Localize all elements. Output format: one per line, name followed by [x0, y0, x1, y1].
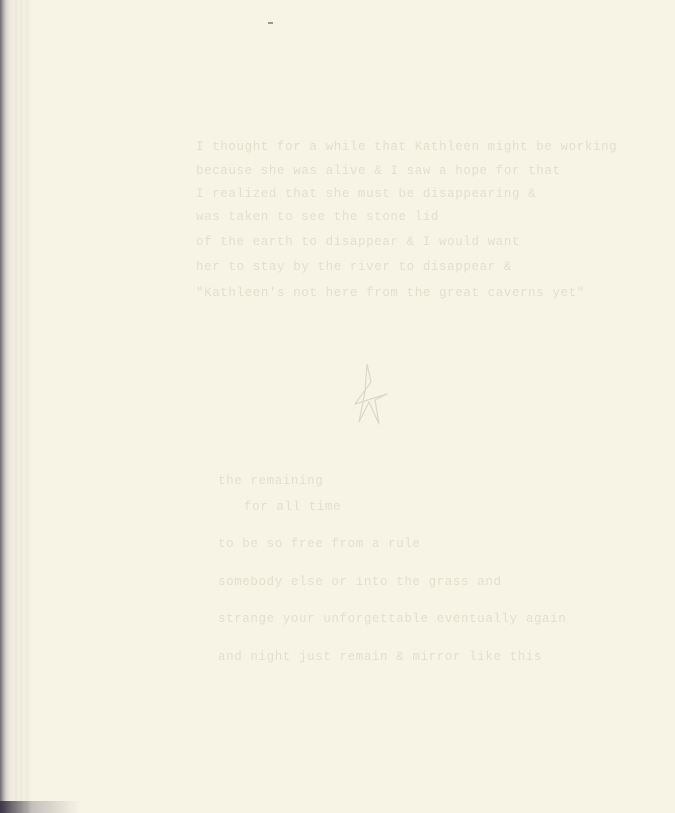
verse-1-line: of the earth to disappear & I would want: [196, 235, 520, 249]
verse-2-line: to be so free from a rule: [218, 537, 421, 551]
verse-1-line: "Kathleen's not here from the great cave…: [196, 286, 585, 300]
verse-2-line: strange your unforgettable eventually ag…: [218, 612, 566, 626]
verse-1-line: because she was alive & I saw a hope for…: [196, 164, 561, 178]
verse-2-line: the remaining: [218, 474, 323, 488]
verse-1-line: I thought for a while that Kathleen migh…: [196, 140, 617, 154]
verse-2-line: and night just remain & mirror like this: [218, 650, 542, 664]
verse-1-line: was taken to see the stone lid: [196, 210, 439, 224]
page-edges: [0, 0, 36, 813]
bottom-shadow: [0, 801, 80, 813]
star-signature-icon: [345, 362, 390, 432]
verse-1-line: her to stay by the river to disappear &: [196, 260, 512, 274]
verse-2-line: for all time: [244, 500, 341, 514]
verse-2-line: somebody else or into the grass and: [218, 575, 502, 589]
top-mark: [268, 22, 273, 24]
verse-1-line: I realized that she must be disappearing…: [196, 187, 536, 201]
